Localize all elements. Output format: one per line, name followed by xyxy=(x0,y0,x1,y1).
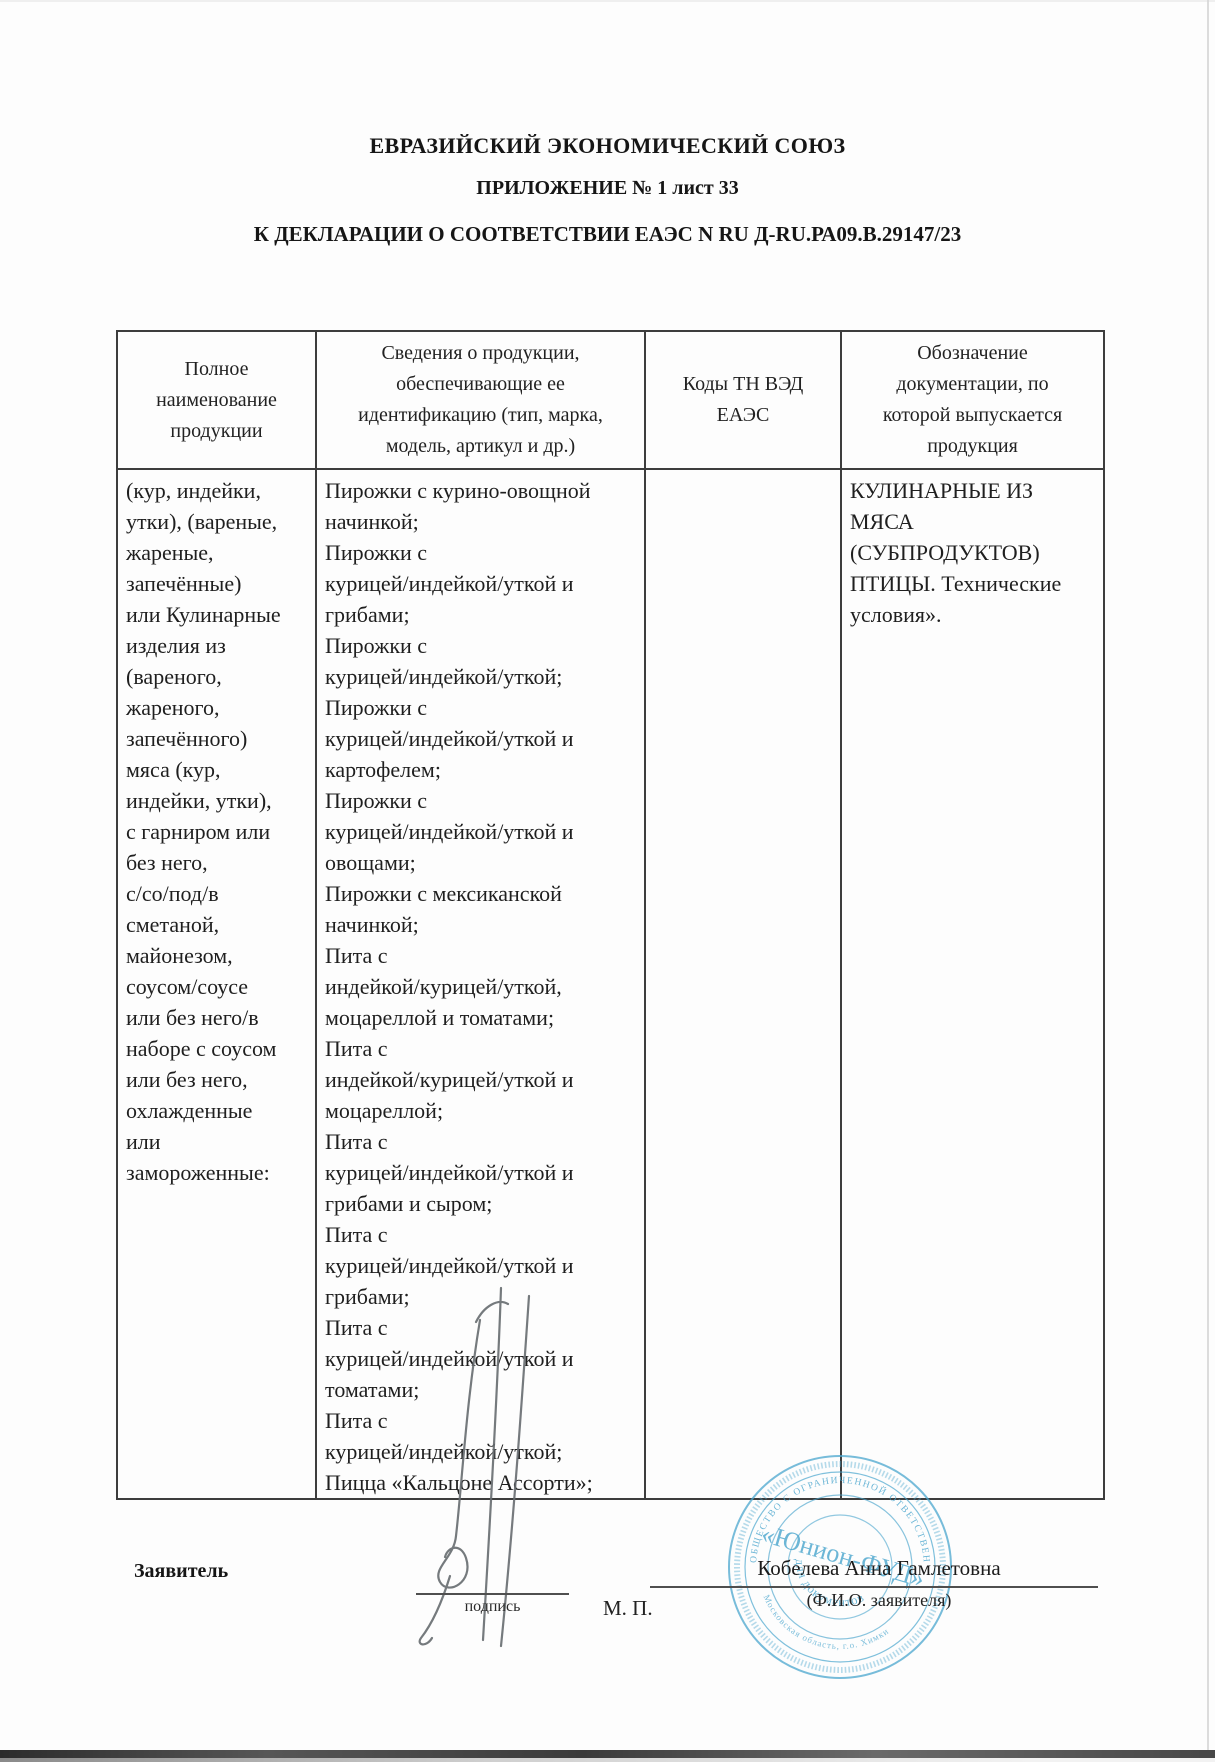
product-table-wrap: Полное наименование продукции Сведения о… xyxy=(116,330,1105,1500)
product-table: Полное наименование продукции Сведения о… xyxy=(116,330,1105,1500)
scan-edge-bottom-light xyxy=(0,1758,1215,1762)
signature-line xyxy=(416,1593,569,1595)
cell-documentation: КУЛИНАРНЫЕ ИЗ МЯСА (СУБПРОДУКТОВ) ПТИЦЫ.… xyxy=(841,469,1104,1499)
scan-edge-right xyxy=(1207,0,1209,1762)
declaration-number-title: К ДЕКЛАРАЦИИ О СООТВЕТСТВИИ ЕАЭС N RU Д-… xyxy=(0,222,1215,247)
applicant-name-caption: (Ф.И.О. заявителя) xyxy=(655,1590,1103,1611)
cell-tnved-codes xyxy=(645,469,841,1499)
header-documentation: Обозначение документации, по которой вып… xyxy=(841,331,1104,469)
applicant-name-line xyxy=(650,1586,1098,1588)
seal-place-label: М. П. xyxy=(603,1596,653,1621)
header-product-info: Сведения о продукции, обеспечивающие ее … xyxy=(316,331,645,469)
table-header-row: Полное наименование продукции Сведения о… xyxy=(117,331,1104,469)
document-page: ЕВРАЗИЙСКИЙ ЭКОНОМИЧЕСКИЙ СОЮЗ ПРИЛОЖЕНИ… xyxy=(0,0,1215,1762)
signature-caption: подпись xyxy=(416,1598,569,1616)
appendix-title: ПРИЛОЖЕНИЕ № 1 лист 33 xyxy=(0,177,1215,200)
cell-product-name: (кур, индейки, утки), (вареные, жареные,… xyxy=(117,469,316,1499)
applicant-label: Заявитель xyxy=(134,1560,228,1583)
scan-edge-top xyxy=(0,0,1215,2)
header-product-name: Полное наименование продукции xyxy=(117,331,316,469)
header-tnved-codes: Коды ТН ВЭД ЕАЭС xyxy=(645,331,841,469)
table-body-row: (кур, индейки, утки), (вареные, жареные,… xyxy=(117,469,1104,1499)
scan-edge-bottom xyxy=(0,1750,1215,1758)
union-title: ЕВРАЗИЙСКИЙ ЭКОНОМИЧЕСКИЙ СОЮЗ xyxy=(0,133,1215,159)
applicant-name: Кобелева Анна Гамлетовна xyxy=(655,1556,1103,1581)
